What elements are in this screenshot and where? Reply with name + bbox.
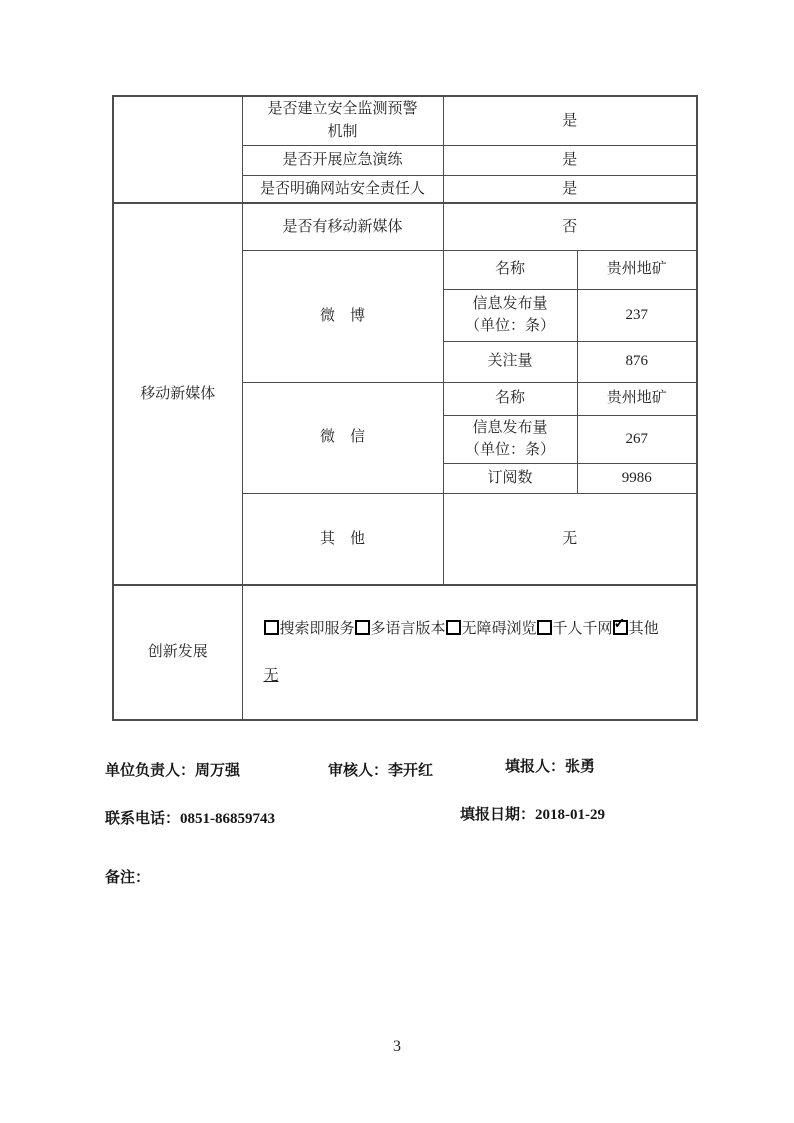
security-answer-cell: 是 (443, 96, 697, 145)
wechat-label-cell: 微 信 (242, 382, 443, 493)
innovation-option: 无障碍浏览 (446, 621, 537, 637)
checkbox-unchecked-icon (537, 620, 552, 635)
innovation-option: 千人千网 (537, 621, 613, 637)
other-media-label-cell: 其 他 (242, 493, 443, 585)
weibo-field-value-cell: 贵州地矿 (577, 250, 697, 289)
weibo-label-cell: 微 博 (242, 250, 443, 382)
checkbox-label: 千人千网 (553, 621, 613, 637)
footer-filler-value: 张勇 (565, 759, 595, 775)
checkbox-checked-icon (613, 620, 628, 635)
footer-reviewer-label: 审核人： (328, 763, 388, 779)
footer-phone: 联系电话：0851-86859743 (105, 807, 275, 828)
wechat-field-label-cell: 信息发布量 （单位：条） (443, 415, 577, 463)
checkbox-unchecked-icon (446, 620, 461, 635)
has-mobile-question-cell: 是否有移动新媒体 (242, 203, 443, 250)
checkbox-unchecked-icon (264, 620, 279, 635)
innovation-options-cell: 搜索即服务多语言版本无障碍浏览千人千网其他 无 (242, 585, 697, 720)
wechat-field-label-cell: 订阅数 (443, 463, 577, 493)
footer-date: 填报日期：2018-01-29 (460, 803, 605, 824)
checkbox-label: 无障碍浏览 (462, 621, 537, 637)
footer-reviewer-value: 李开红 (388, 763, 433, 779)
innovation-option: 其他 (613, 621, 659, 637)
weibo-field-label-cell: 信息发布量 （单位：条） (443, 289, 577, 341)
footer-responsible-value: 周万强 (195, 763, 240, 779)
weibo-field-label-cell: 名称 (443, 250, 577, 289)
weibo-field-value-cell: 237 (577, 289, 697, 341)
wechat-field-value-cell: 9986 (577, 463, 697, 493)
security-question-cell: 是否开展应急演练 (242, 145, 443, 175)
innovation-other-value: 无 (264, 665, 689, 688)
form-table: 是否建立安全监测预警 机制 是 是否开展应急演练 是 是否明确网站安全责任人 是… (112, 95, 698, 721)
wechat-field-value-cell: 267 (577, 415, 697, 463)
footer-responsible: 单位负责人：周万强 (105, 759, 240, 780)
section-blank-group-cell (113, 96, 242, 203)
weibo-field-value-cell: 876 (577, 341, 697, 382)
security-answer-cell: 是 (443, 175, 697, 203)
security-answer-cell: 是 (443, 145, 697, 175)
footer-responsible-label: 单位负责人： (105, 763, 195, 779)
footer-phone-label: 联系电话： (105, 811, 180, 827)
checkbox-label: 多语言版本 (371, 621, 446, 637)
has-mobile-answer-cell: 否 (443, 203, 697, 250)
document-page: 是否建立安全监测预警 机制 是 是否开展应急演练 是 是否明确网站安全责任人 是… (0, 0, 794, 1123)
security-question-cell: 是否建立安全监测预警 机制 (242, 96, 443, 145)
page-number: 3 (0, 1038, 794, 1056)
footer-filler: 填报人：张勇 (505, 755, 595, 776)
security-question-cell: 是否明确网站安全责任人 (242, 175, 443, 203)
other-media-value-cell: 无 (443, 493, 697, 585)
innovation-group-cell: 创新发展 (113, 585, 242, 720)
innovation-options-line: 搜索即服务多语言版本无障碍浏览千人千网其他 (264, 618, 689, 641)
checkbox-label: 搜索即服务 (280, 621, 355, 637)
footer-remarks-label: 备注： (105, 870, 150, 886)
weibo-field-label-cell: 关注量 (443, 341, 577, 382)
footer-date-value: 2018-01-29 (535, 807, 605, 823)
checkbox-unchecked-icon (355, 620, 370, 635)
mobile-media-group-cell: 移动新媒体 (113, 203, 242, 585)
footer-remarks: 备注： (105, 866, 150, 887)
footer-reviewer: 审核人：李开红 (328, 759, 433, 780)
innovation-option: 搜索即服务 (264, 621, 355, 637)
innovation-option: 多语言版本 (355, 621, 446, 637)
wechat-field-value-cell: 贵州地矿 (577, 382, 697, 415)
footer-date-label: 填报日期： (460, 807, 535, 823)
footer-filler-label: 填报人： (505, 759, 565, 775)
footer-phone-value: 0851-86859743 (180, 811, 275, 827)
checkbox-label: 其他 (629, 621, 659, 637)
wechat-field-label-cell: 名称 (443, 382, 577, 415)
